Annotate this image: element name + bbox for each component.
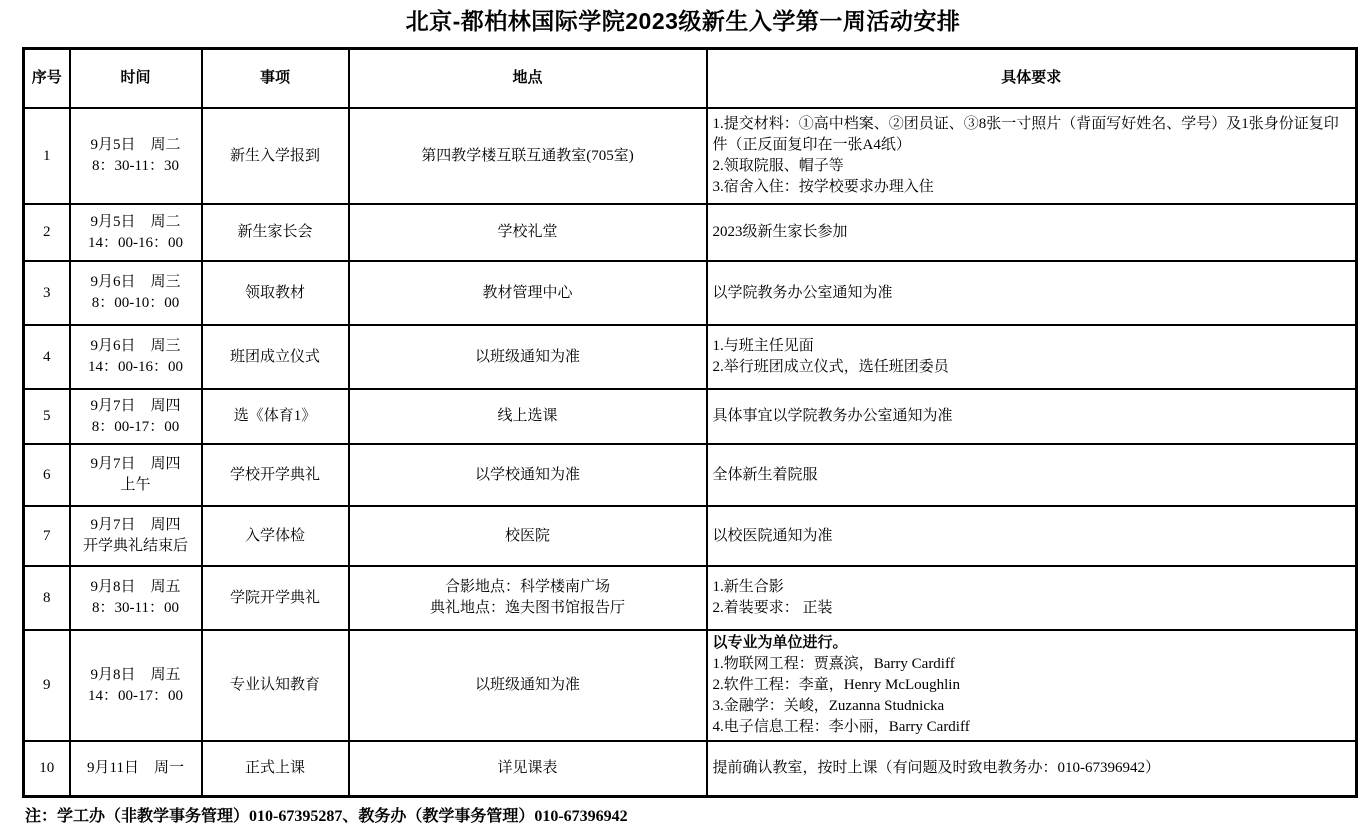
requirement-line: 1.新生合影 [713,577,1351,598]
requirement-line: 2.举行班团成立仪式，选任班团委员 [713,357,1351,378]
page-title: 北京-都柏林国际学院2023级新生入学第一周活动安排 [0,0,1366,37]
column-header: 具体要求 [707,48,1357,108]
location-line: 以班级通知为准 [352,675,704,696]
requirements-cell: 具体事宜以学院教务办公室通知为准 [707,389,1357,444]
table-row: 69月7日 周四上午学校开学典礼以学校通知为准全体新生着院服 [24,444,1357,506]
location-cell: 线上选课 [349,389,707,444]
table-row: 79月7日 周四开学典礼结束后入学体检校医院以校医院通知为准 [24,506,1357,566]
location-line: 教材管理中心 [352,283,704,304]
time-cell: 9月5日 周二14：00-16：00 [70,204,202,261]
table-row: 19月5日 周二8：30-11：30新生入学报到第四教学楼互联互通教室(705室… [24,108,1357,204]
time-line: 14：00-16：00 [73,233,199,254]
requirement-line: 全体新生着院服 [713,465,1351,486]
location-line: 校医院 [352,526,704,547]
requirements-cell: 以校医院通知为准 [707,506,1357,566]
location-cell: 第四教学楼互联互通教室(705室) [349,108,707,204]
requirement-line: 2.着装要求： 正装 [713,598,1351,619]
row-number-cell: 6 [24,444,70,506]
table-row: 89月8日 周五8：30-11：00学院开学典礼合影地点：科学楼南广场典礼地点：… [24,566,1357,630]
table-row: 39月6日 周三8：00-10：00领取教材教材管理中心以学院教务办公室通知为准 [24,261,1357,325]
location-line: 详见课表 [352,758,704,779]
time-line: 开学典礼结束后 [73,536,199,557]
row-number-cell: 9 [24,630,70,741]
time-line: 8：00-10：00 [73,293,199,314]
requirement-line: 提前确认教室，按时上课（有问题及时致电教务办：010-67396942） [713,758,1351,779]
time-line: 14：00-17：00 [73,686,199,707]
time-line: 9月7日 周四 [73,454,199,475]
time-cell: 9月7日 周四上午 [70,444,202,506]
time-cell: 9月6日 周三14：00-16：00 [70,325,202,389]
item-cell: 选《体育1》 [202,389,349,444]
row-number-cell: 2 [24,204,70,261]
time-line: 上午 [73,475,199,496]
requirement-line: 2023级新生家长参加 [713,222,1351,243]
table-body: 19月5日 周二8：30-11：30新生入学报到第四教学楼互联互通教室(705室… [24,108,1357,796]
item-cell: 专业认知教育 [202,630,349,741]
location-cell: 以班级通知为准 [349,325,707,389]
item-cell: 入学体检 [202,506,349,566]
time-line: 14：00-16：00 [73,357,199,378]
time-cell: 9月8日 周五8：30-11：00 [70,566,202,630]
location-line: 典礼地点：逸夫图书馆报告厅 [352,598,704,619]
requirements-cell: 提前确认教室，按时上课（有问题及时致电教务办：010-67396942） [707,741,1357,796]
item-cell: 学院开学典礼 [202,566,349,630]
time-line: 8：30-11：30 [73,156,199,177]
column-header: 时间 [70,48,202,108]
requirement-line: 以专业为单位进行。 [713,633,1351,654]
row-number-cell: 8 [24,566,70,630]
time-cell: 9月6日 周三8：00-10：00 [70,261,202,325]
time-line: 9月11日 周一 [73,758,199,779]
location-line: 第四教学楼互联互通教室(705室) [352,146,704,167]
location-line: 以学校通知为准 [352,465,704,486]
time-line: 8：30-11：00 [73,598,199,619]
requirements-cell: 1.新生合影2.着装要求： 正装 [707,566,1357,630]
requirement-line: 1.物联网工程：贾熹滨，Barry Cardiff [713,654,1351,675]
item-cell: 学校开学典礼 [202,444,349,506]
location-line: 学校礼堂 [352,222,704,243]
requirement-line: 4.电子信息工程：李小丽，Barry Cardiff [713,717,1351,738]
location-cell: 学校礼堂 [349,204,707,261]
column-header: 序号 [24,48,70,108]
location-cell: 以学校通知为准 [349,444,707,506]
header-row: 序号时间事项地点具体要求 [24,48,1357,108]
location-cell: 合影地点：科学楼南广场典礼地点：逸夫图书馆报告厅 [349,566,707,630]
time-line: 9月8日 周五 [73,577,199,598]
time-cell: 9月5日 周二8：30-11：30 [70,108,202,204]
requirement-line: 2.软件工程：李童，Henry McLoughlin [713,675,1351,696]
time-line: 9月7日 周四 [73,396,199,417]
item-cell: 领取教材 [202,261,349,325]
time-line: 8：00-17：00 [73,417,199,438]
location-cell: 校医院 [349,506,707,566]
table-row: 59月7日 周四8：00-17：00选《体育1》线上选课具体事宜以学院教务办公室… [24,389,1357,444]
requirements-cell: 全体新生着院服 [707,444,1357,506]
time-line: 9月6日 周三 [73,272,199,293]
requirement-line: 3.金融学：关峻，Zuzanna Studnicka [713,696,1351,717]
schedule-table: 序号时间事项地点具体要求 19月5日 周二8：30-11：30新生入学报到第四教… [22,47,1358,798]
requirements-cell: 1.与班主任见面2.举行班团成立仪式，选任班团委员 [707,325,1357,389]
time-line: 9月5日 周二 [73,135,199,156]
row-number-cell: 3 [24,261,70,325]
requirements-cell: 以专业为单位进行。1.物联网工程：贾熹滨，Barry Cardiff2.软件工程… [707,630,1357,741]
requirements-cell: 2023级新生家长参加 [707,204,1357,261]
requirement-line: 具体事宜以学院教务办公室通知为准 [713,406,1351,427]
item-cell: 新生入学报到 [202,108,349,204]
item-cell: 班团成立仪式 [202,325,349,389]
item-cell: 正式上课 [202,741,349,796]
requirement-line: 1.与班主任见面 [713,336,1351,357]
row-number-cell: 4 [24,325,70,389]
requirement-line: 以校医院通知为准 [713,526,1351,547]
table-row: 99月8日 周五14：00-17：00专业认知教育以班级通知为准以专业为单位进行… [24,630,1357,741]
requirement-line: 3.宿舍入住：按学校要求办理入住 [713,177,1351,198]
requirements-cell: 1.提交材料：①高中档案、②团员证、③8张一寸照片（背面写好姓名、学号）及1张身… [707,108,1357,204]
location-cell: 详见课表 [349,741,707,796]
column-header: 地点 [349,48,707,108]
table-row: 49月6日 周三14：00-16：00班团成立仪式以班级通知为准1.与班主任见面… [24,325,1357,389]
table-row: 29月5日 周二14：00-16：00新生家长会学校礼堂2023级新生家长参加 [24,204,1357,261]
footer-note: 注：学工办（非教学事务管理）010-67395287、教务办（教学事务管理）01… [25,807,1366,828]
requirements-cell: 以学院教务办公室通知为准 [707,261,1357,325]
time-line: 9月5日 周二 [73,212,199,233]
row-number-cell: 7 [24,506,70,566]
location-line: 线上选课 [352,406,704,427]
time-cell: 9月11日 周一 [70,741,202,796]
location-cell: 以班级通知为准 [349,630,707,741]
location-line: 以班级通知为准 [352,347,704,368]
requirement-line: 2.领取院服、帽子等 [713,156,1351,177]
requirement-line: 1.提交材料：①高中档案、②团员证、③8张一寸照片（背面写好姓名、学号）及1张身… [713,114,1351,156]
location-cell: 教材管理中心 [349,261,707,325]
document-page: 北京-都柏林国际学院2023级新生入学第一周活动安排 序号时间事项地点具体要求 … [0,0,1366,828]
time-cell: 9月7日 周四8：00-17：00 [70,389,202,444]
column-header: 事项 [202,48,349,108]
time-cell: 9月8日 周五14：00-17：00 [70,630,202,741]
row-number-cell: 5 [24,389,70,444]
location-line: 合影地点：科学楼南广场 [352,577,704,598]
row-number-cell: 10 [24,741,70,796]
time-line: 9月7日 周四 [73,515,199,536]
row-number-cell: 1 [24,108,70,204]
time-cell: 9月7日 周四开学典礼结束后 [70,506,202,566]
table-row: 109月11日 周一正式上课详见课表提前确认教室，按时上课（有问题及时致电教务办… [24,741,1357,796]
requirement-line: 以学院教务办公室通知为准 [713,283,1351,304]
item-cell: 新生家长会 [202,204,349,261]
time-line: 9月8日 周五 [73,665,199,686]
time-line: 9月6日 周三 [73,336,199,357]
